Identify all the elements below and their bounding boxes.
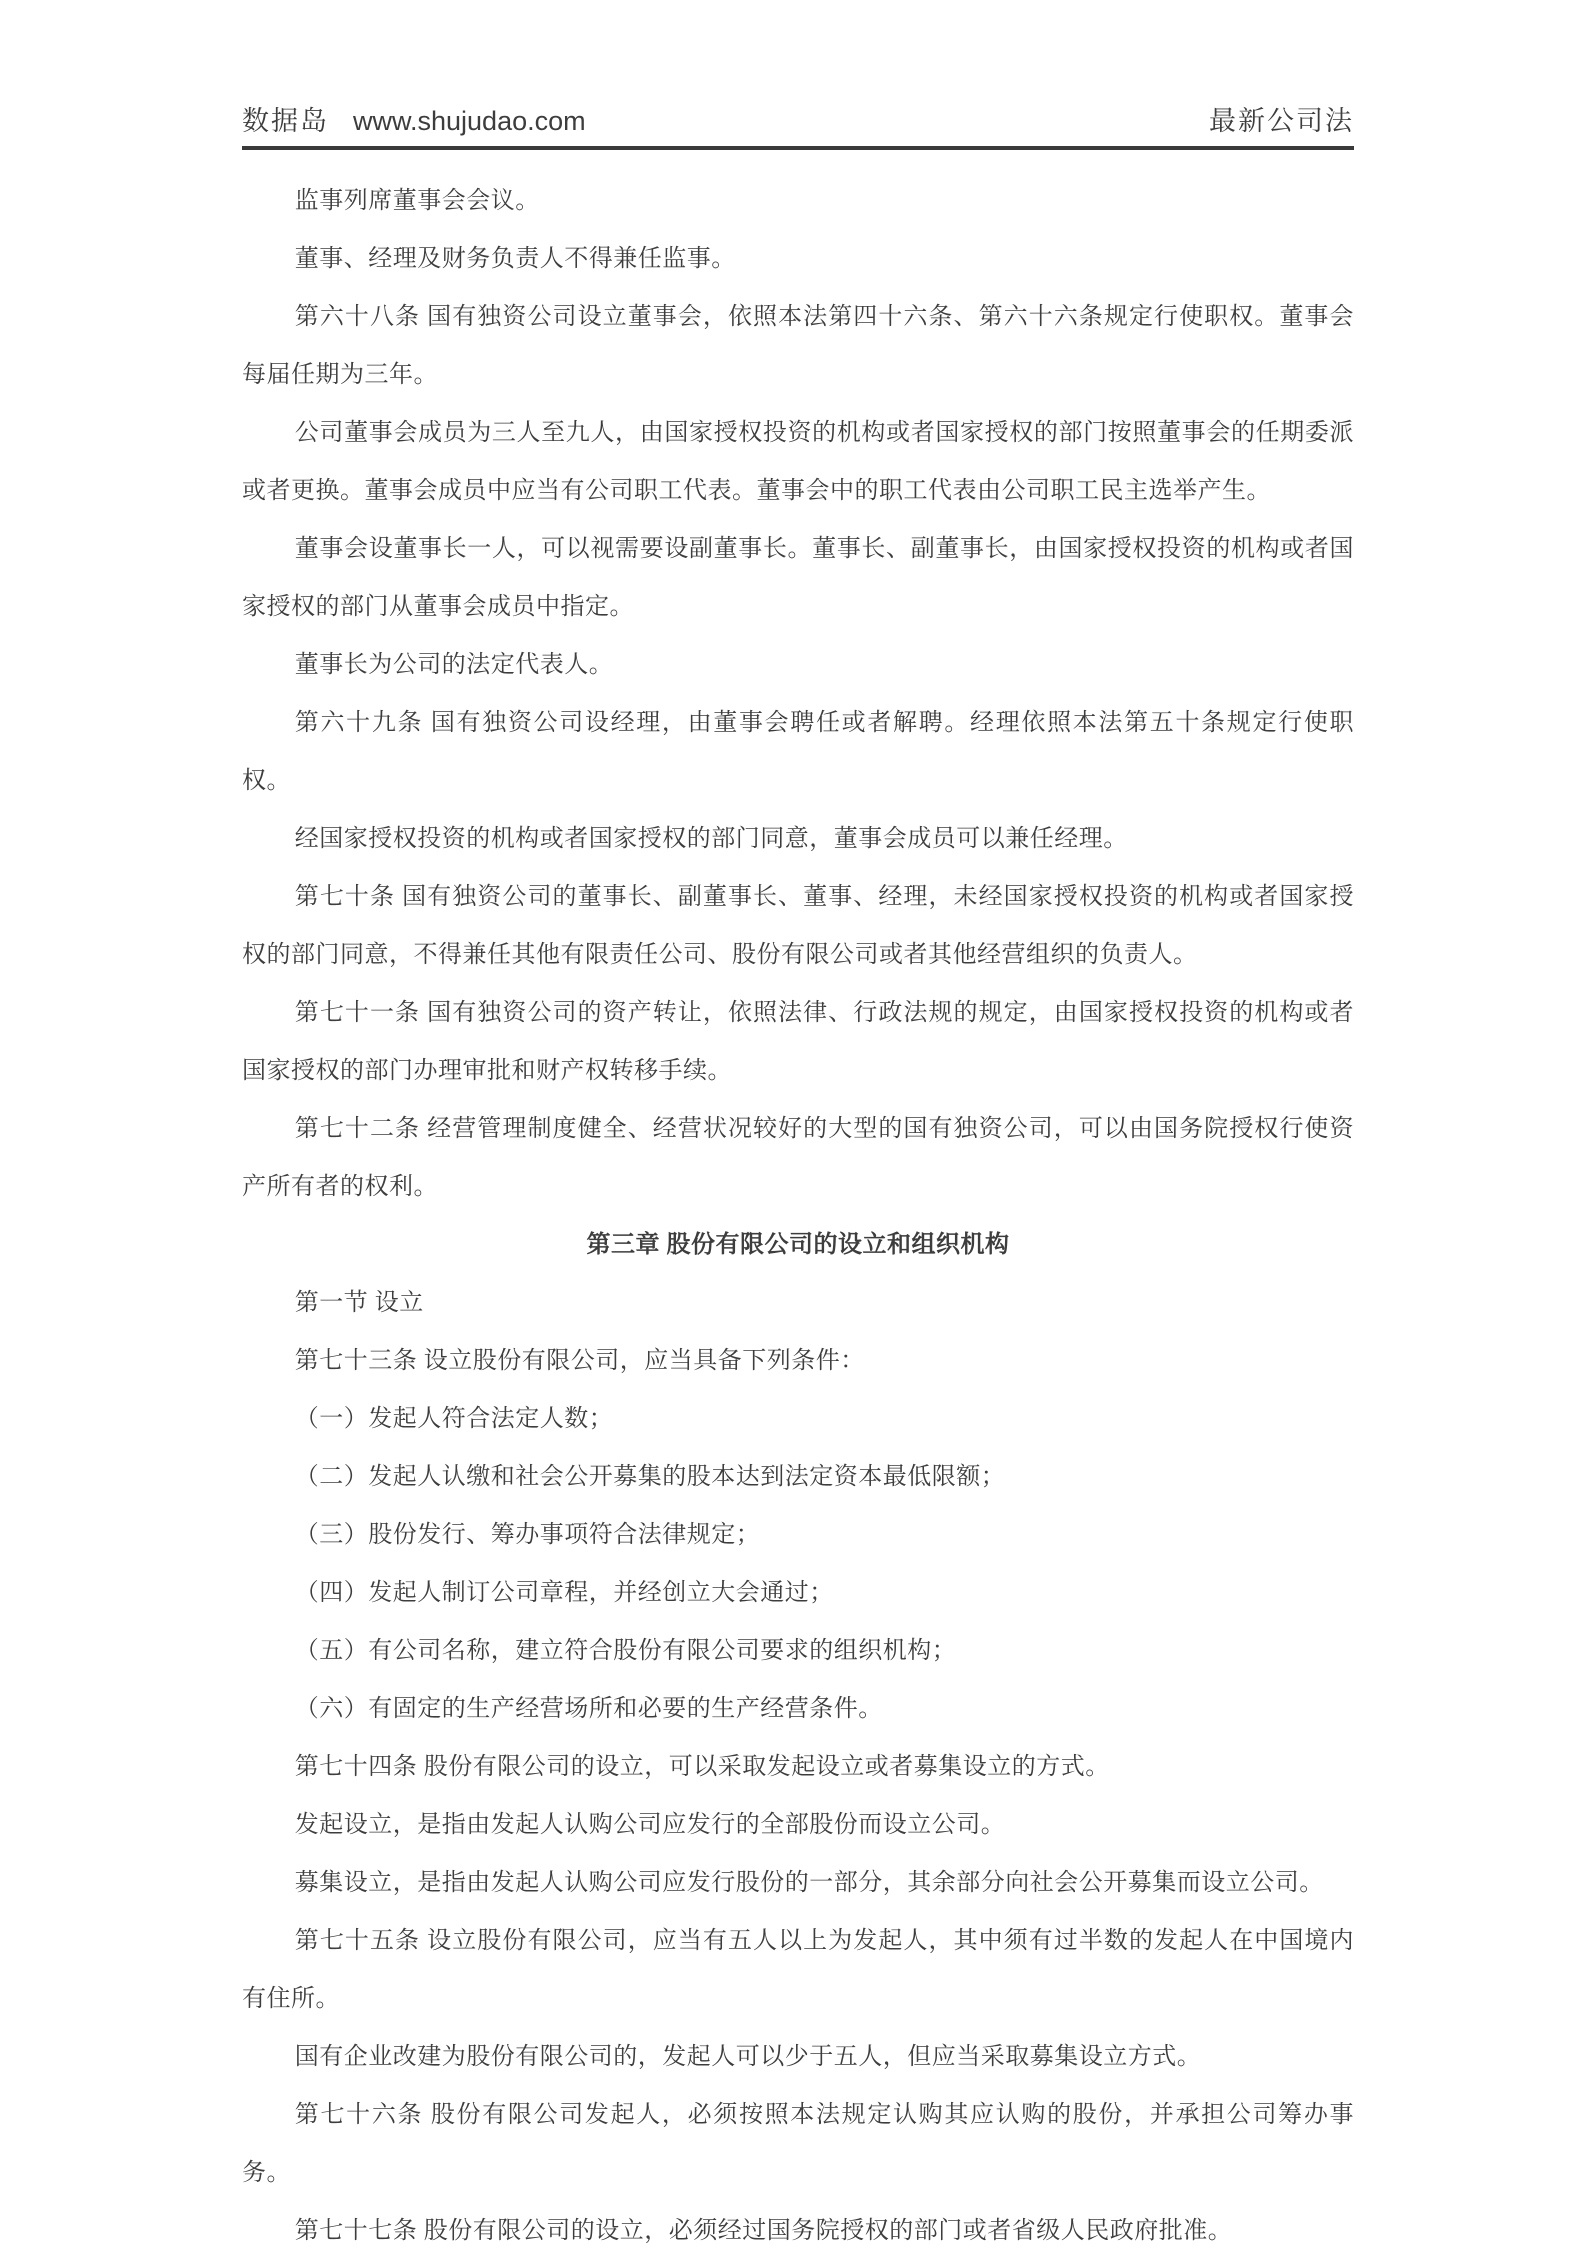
chapter-heading: 第三章 股份有限公司的设立和组织机构 xyxy=(242,1216,1354,1274)
paragraph: 第七十五条 设立股份有限公司，应当有五人以上为发起人，其中须有过半数的发起人在中… xyxy=(242,1912,1354,2028)
doc-title: 最新公司法 xyxy=(1209,106,1354,136)
paragraph: 第七十条 国有独资公司的董事长、副董事长、董事、经理，未经国家授权投资的机构或者… xyxy=(242,868,1354,984)
paragraph: 第六十九条 国有独资公司设经理，由董事会聘任或者解聘。经理依照本法第五十条规定行… xyxy=(242,694,1354,810)
paragraph: 第七十七条 股份有限公司的设立，必须经过国务院授权的部门或者省级人民政府批准。 xyxy=(242,2202,1354,2252)
paragraph: 第七十六条 股份有限公司发起人，必须按照本法规定认购其应认购的股份，并承担公司筹… xyxy=(242,2086,1354,2202)
paragraph: （四）发起人制订公司章程，并经创立大会通过； xyxy=(242,1564,1354,1622)
paragraph: 发起设立，是指由发起人认购公司应发行的全部股份而设立公司。 xyxy=(242,1796,1354,1854)
page-header: 数据岛 www.shujudao.com 最新公司法 xyxy=(242,104,1354,150)
paragraph: （五）有公司名称，建立符合股份有限公司要求的组织机构； xyxy=(242,1622,1354,1680)
document-page: 数据岛 www.shujudao.com 最新公司法 监事列席董事会会议。董事、… xyxy=(0,0,1594,2252)
paragraph: （六）有固定的生产经营场所和必要的生产经营条件。 xyxy=(242,1680,1354,1738)
paragraph: 募集设立，是指由发起人认购公司应发行股份的一部分，其余部分向社会公开募集而设立公… xyxy=(242,1854,1354,1912)
paragraph: 董事、经理及财务负责人不得兼任监事。 xyxy=(242,230,1354,288)
paragraph: 公司董事会成员为三人至九人，由国家授权投资的机构或者国家授权的部门按照董事会的任… xyxy=(242,404,1354,520)
paragraph: （二）发起人认缴和社会公开募集的股本达到法定资本最低限额； xyxy=(242,1448,1354,1506)
paragraph: 国有企业改建为股份有限公司的，发起人可以少于五人，但应当采取募集设立方式。 xyxy=(242,2028,1354,2086)
paragraph: 经国家授权投资的机构或者国家授权的部门同意，董事会成员可以兼任经理。 xyxy=(242,810,1354,868)
header-left: 数据岛 www.shujudao.com xyxy=(242,104,586,138)
paragraph: 董事长为公司的法定代表人。 xyxy=(242,636,1354,694)
site-name: 数据岛 xyxy=(242,104,329,138)
paragraph: （三）股份发行、筹办事项符合法律规定； xyxy=(242,1506,1354,1564)
paragraph: 第七十三条 设立股份有限公司，应当具备下列条件： xyxy=(242,1332,1354,1390)
paragraph: 第七十一条 国有独资公司的资产转让，依照法律、行政法规的规定，由国家授权投资的机… xyxy=(242,984,1354,1100)
header-right: 最新公司法 xyxy=(1209,104,1354,138)
paragraph: 董事会设董事长一人，可以视需要设副董事长。董事长、副董事长，由国家授权投资的机构… xyxy=(242,520,1354,636)
paragraph: 监事列席董事会会议。 xyxy=(242,172,1354,230)
document-body: 监事列席董事会会议。董事、经理及财务负责人不得兼任监事。第六十八条 国有独资公司… xyxy=(242,172,1354,2252)
paragraph: 第六十八条 国有独资公司设立董事会，依照本法第四十六条、第六十六条规定行使职权。… xyxy=(242,288,1354,404)
paragraph: （一）发起人符合法定人数； xyxy=(242,1390,1354,1448)
paragraph: 第七十四条 股份有限公司的设立，可以采取发起设立或者募集设立的方式。 xyxy=(242,1738,1354,1796)
paragraph: 第一节 设立 xyxy=(242,1274,1354,1332)
site-url: www.shujudao.com xyxy=(353,104,586,138)
paragraph: 第七十二条 经营管理制度健全、经营状况较好的大型的国有独资公司，可以由国务院授权… xyxy=(242,1100,1354,1216)
